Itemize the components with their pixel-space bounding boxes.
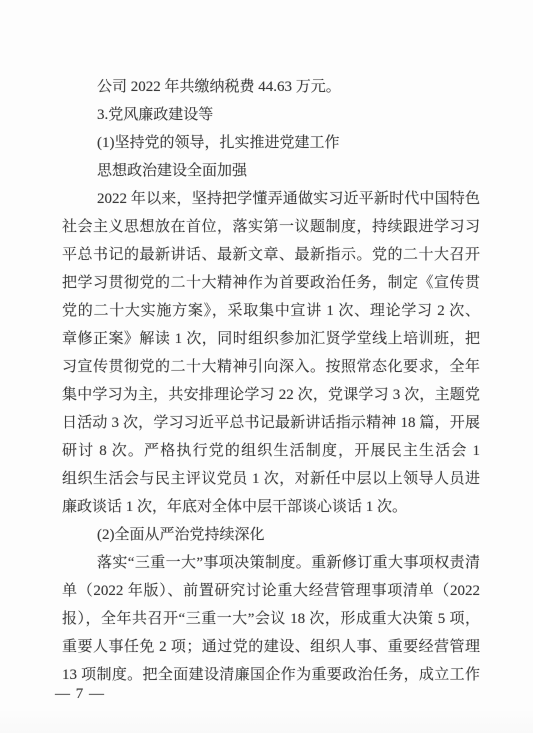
text-line: 廉政谈话 1 次，年底对全体中层干部谈心谈话 1 次。 xyxy=(62,493,480,521)
text-line: 把学习贯彻党的二十大精神作为首要政治任务，制定《宣传贯彻 xyxy=(62,269,480,297)
text-line: 章修正案》解读 1 次，同时组织参加汇贤学堂线上培训班，把学 xyxy=(62,325,480,353)
text-line: 重要人事任免 2 项；通过党的建设、组织人事、重要经营管理等 xyxy=(62,633,480,661)
text-line: 社会主义思想放在首位，落实第一议题制度，持续跟进学习习近 xyxy=(62,213,480,241)
text-line: 落实“三重一大”事项决策制度。重新修订重大事项权责清 xyxy=(62,549,480,577)
text-line: 平总书记的最新讲话、最新文章、最新指示。党的二十大召开后， xyxy=(62,241,480,269)
text-line: 13 项制度。把全面建设清廉国企作为重要政治任务，成立工作 xyxy=(62,661,480,689)
text-line: 集中学习为主，共安排理论学习 22 次，党课学习 3 次，主题党 xyxy=(62,381,480,409)
text-line: 公司 2022 年共缴纳税费 44.63 万元。 xyxy=(62,73,480,101)
text-line: 日活动 3 次，学习习近平总书记最新讲话指示精神 18 篇，开展 xyxy=(62,409,480,437)
text-line: 习宣传贯彻党的二十大精神引向深入。按照常态化要求，全年以 xyxy=(62,353,480,381)
page-number: — 7 — xyxy=(55,680,105,708)
text-line: 单（2022 年版）、前置研究讨论重大经营管理事项清单（2022 年 xyxy=(62,577,480,605)
document-page: 公司 2022 年共缴纳税费 44.63 万元。3.党风廉政建设等(1)坚持党的… xyxy=(0,0,533,733)
text-line: (1)坚持党的领导，扎实推进党建工作 xyxy=(62,129,480,157)
text-line: 组织生活会与民主评议党员 1 次，对新任中层以上领导人员进行 xyxy=(62,465,480,493)
text-line: 报），全年共召开“三重一大”会议 18 次，形成重大决策 5 项， xyxy=(62,605,480,633)
text-line: 党的二十大实施方案》，采取集中宣讲 1 次、理论学习 2 次、《党 xyxy=(62,297,480,325)
text-line: 2022 年以来，坚持把学懂弄通做实习近平新时代中国特色 xyxy=(62,185,480,213)
document-body: 公司 2022 年共缴纳税费 44.63 万元。3.党风廉政建设等(1)坚持党的… xyxy=(62,73,480,689)
text-line: (2)全面从严治党持续深化 xyxy=(62,521,480,549)
text-line: 思想政治建设全面加强 xyxy=(62,157,480,185)
text-line: 3.党风廉政建设等 xyxy=(62,101,480,129)
text-line: 研讨 8 次。严格执行党的组织生活制度，开展民主生活会 1 次、 xyxy=(62,437,480,465)
